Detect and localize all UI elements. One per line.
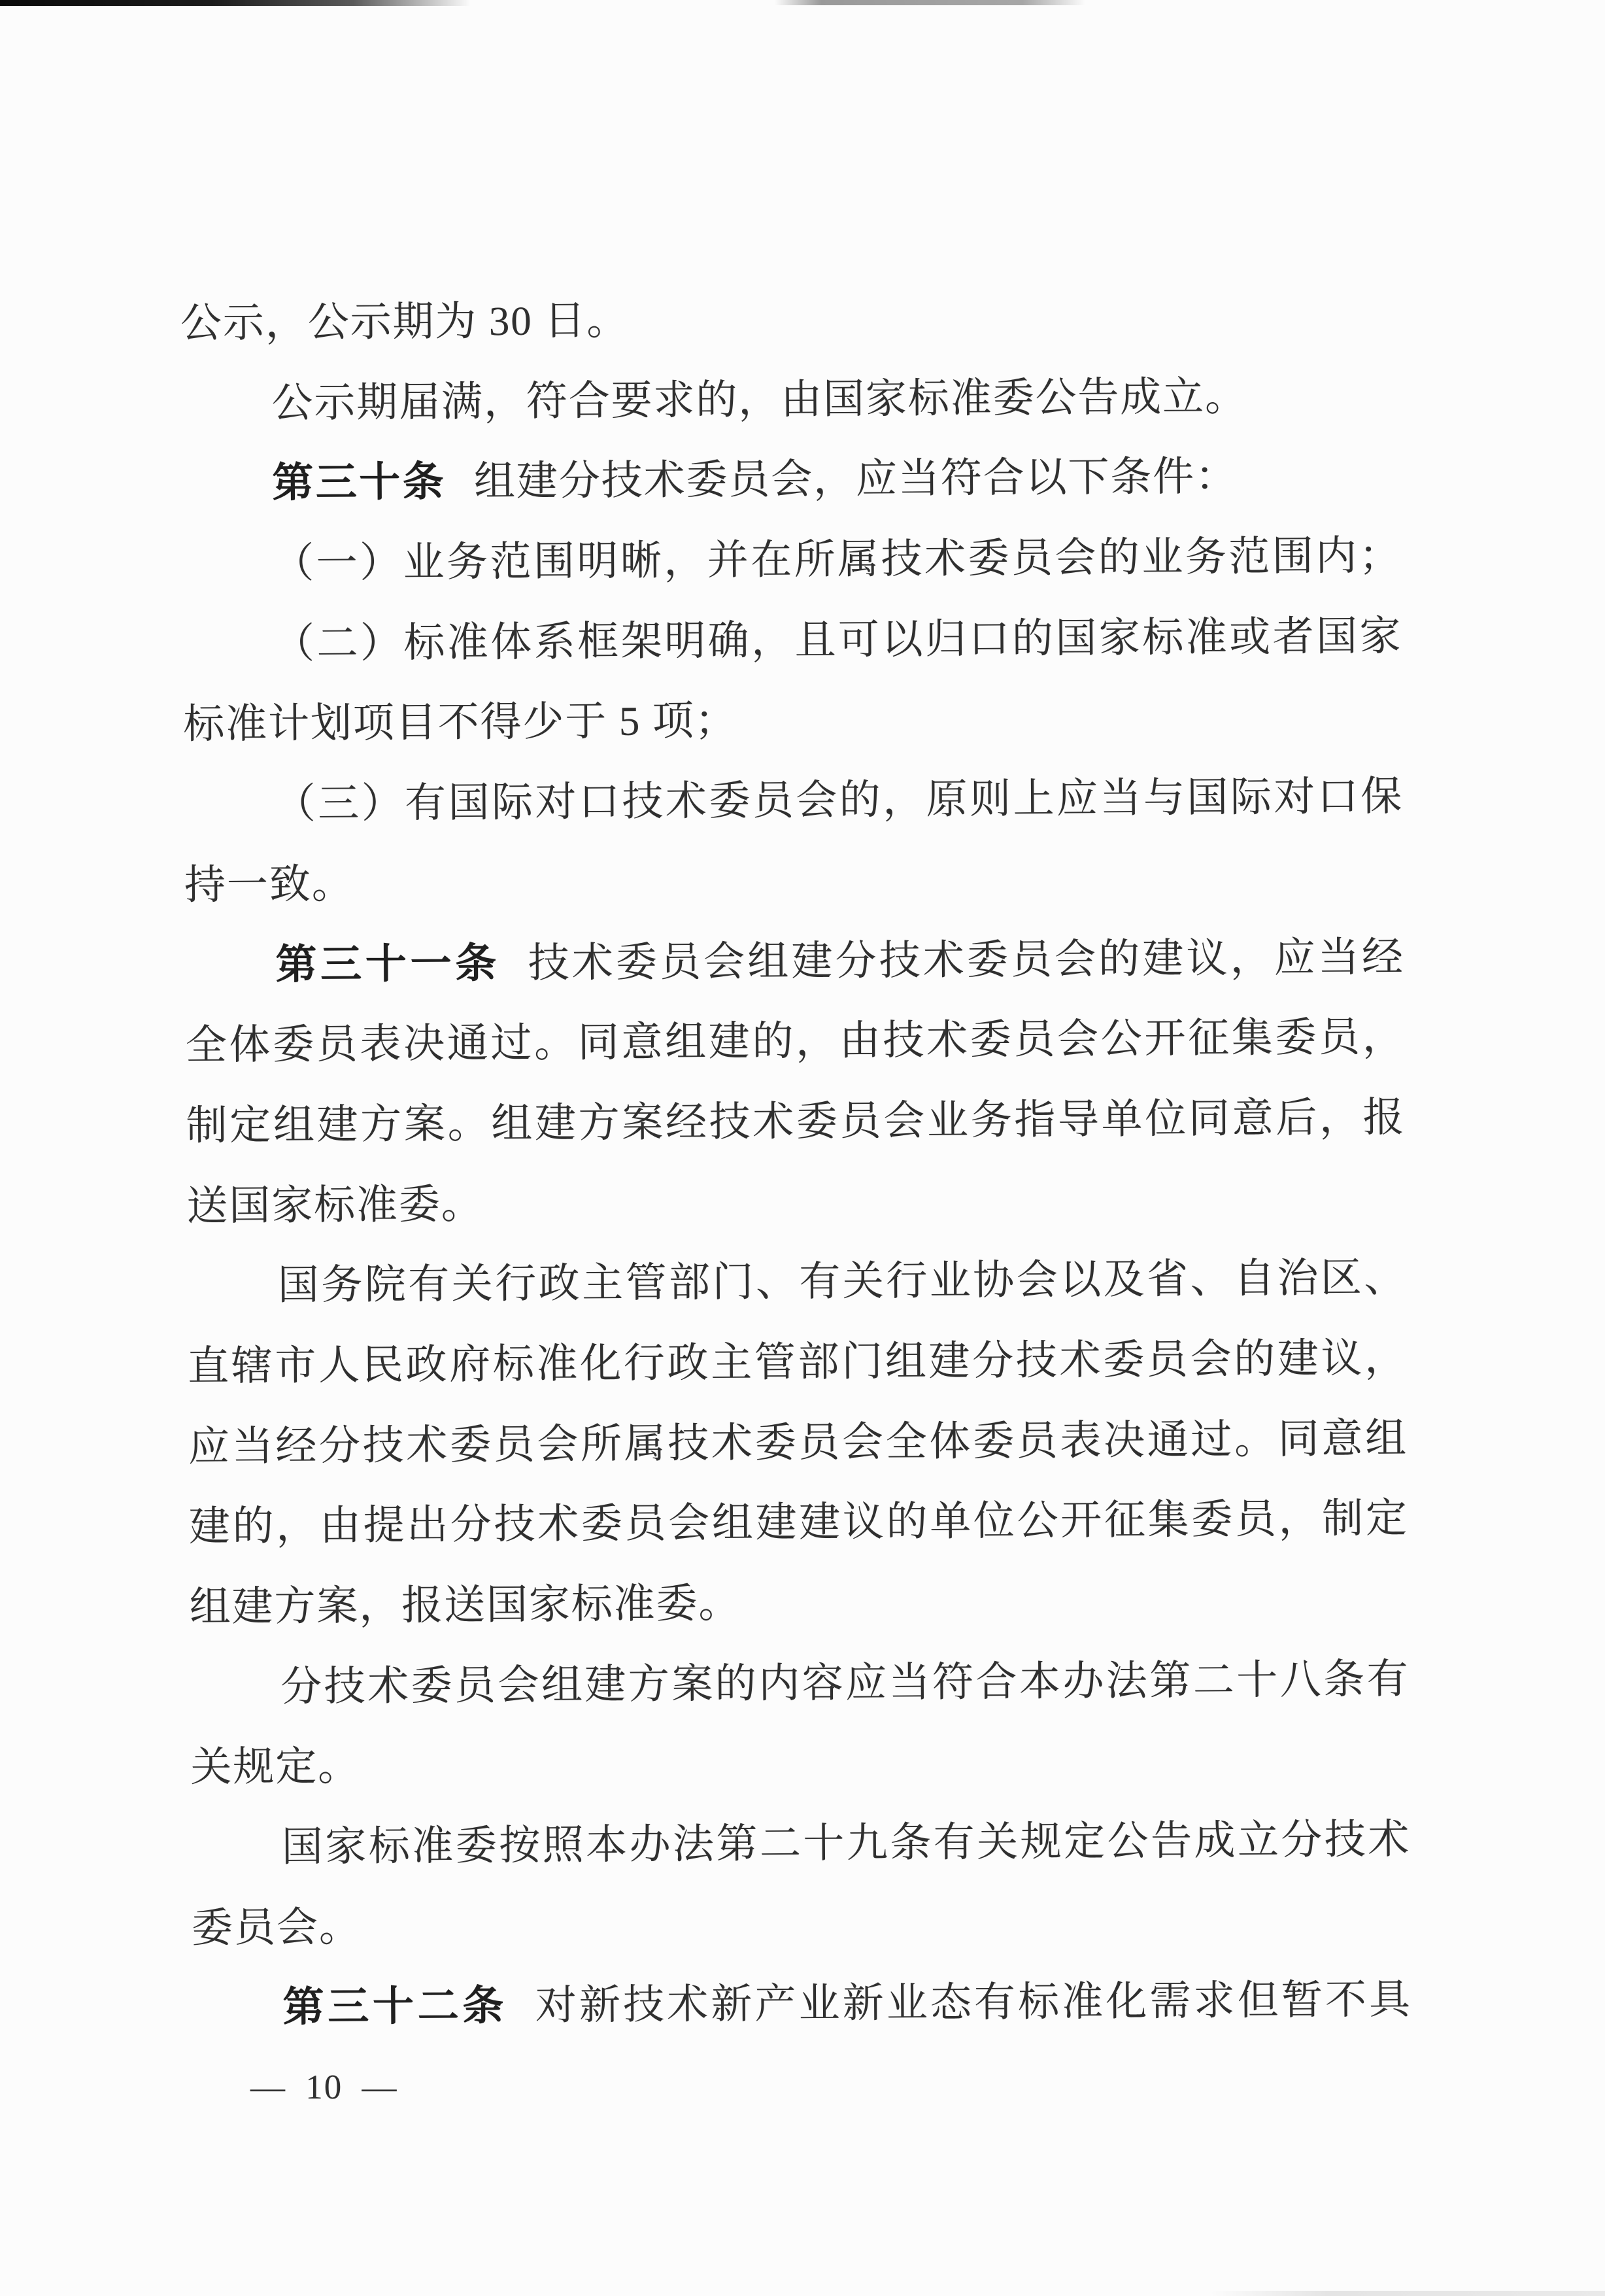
line-text: 关规定。 [190, 1743, 360, 1791]
text-line: （一）业务范围明晰，并在所属技术委员会的业务范围内； [182, 516, 1402, 605]
text-line: 制定组建方案。组建方案经技术委员会业务指导单位同意后，报 [186, 1077, 1406, 1166]
line-text: 建的，由提出分技术委员会组建建议的单位公开征集委员，制定 [189, 1496, 1408, 1550]
text-line: 送国家标准委。 [186, 1157, 1406, 1246]
text-line: 第三十一条技术委员会组建分技术委员会的建议，应当经 [184, 917, 1404, 1006]
line-text: 制定组建方案。组建方案经技术委员会业务指导单位同意后，报 [186, 1094, 1405, 1148]
text-line: 国家标准委按照本办法第二十九条有关规定公告成立分技术 [191, 1800, 1411, 1889]
text-line: （三）有国际对口技术委员会的，原则上应当与国际对口保 [184, 757, 1404, 846]
document-text-block: 公示，公示期为 30 日。 公示期届满，符合要求的，由国家标准委公告成立。 第三… [180, 275, 1412, 2049]
line-text: 持一致。 [184, 861, 354, 908]
text-line: 全体委员表决通过。同意组建的，由技术委员会公开征集委员， [185, 997, 1405, 1086]
text-line: 直辖市人民政府标准化行政主管部门组建分技术委员会的建议， [188, 1318, 1408, 1407]
line-text: 国务院有关行政主管部门、有关行业协会以及省、自治区、 [278, 1255, 1407, 1309]
article-number: 第三十一条 [275, 940, 500, 987]
line-text: 送国家标准委。 [186, 1181, 484, 1229]
text-line: 国务院有关行政主管部门、有关行业协会以及省、自治区、 [187, 1238, 1407, 1327]
line-text: 应当经分技术委员会所属技术委员会全体委员表决通过。同意组 [188, 1415, 1408, 1469]
line-text: 分技术委员会组建方案的内容应当符合本办法第二十八条有 [280, 1656, 1410, 1709]
text-line: 分技术委员会组建方案的内容应当符合本办法第二十八条有 [190, 1639, 1410, 1728]
line-text: 组建分技术委员会，应当符合以下条件： [474, 454, 1238, 505]
article-number: 第三十条 [272, 459, 446, 506]
line-text: 技术委员会组建分技术委员会的建议，应当经 [528, 934, 1405, 985]
line-text: （一）业务范围明晰，并在所属技术委员会的业务范围内； [273, 533, 1402, 587]
line-text: 公示，公示期为 30 日。 [180, 298, 630, 347]
text-line: （二）标准体系框架明确，且可以归口的国家标准或者国家 [182, 596, 1402, 685]
document-page: { "document": { "lines": [ {"text": "公示，… [0, 0, 1605, 2296]
text-line: 第三十条组建分技术委员会，应当符合以下条件： [181, 436, 1401, 524]
text-line: 持一致。 [184, 836, 1404, 925]
line-text: 全体委员表决通过。同意组建的，由技术委员会公开征集委员， [185, 1014, 1404, 1069]
text-line: 关规定。 [190, 1719, 1410, 1808]
line-text: 标准计划项目不得少于 5 项； [183, 698, 737, 747]
line-text: 组建方案，报送国家标准委。 [189, 1581, 741, 1630]
line-text: 委员会。 [192, 1904, 362, 1951]
line-text: 直辖市人民政府标准化行政主管部门组建分技术委员会的建议， [188, 1335, 1407, 1389]
page-number: — 10 — [250, 2068, 398, 2107]
text-line: 公示，公示期为 30 日。 [180, 275, 1400, 364]
line-text: （二）标准体系框架明确，且可以归口的国家标准或者国家 [273, 613, 1402, 666]
line-text: 对新技术新产业新业态有标准化需求但暂不具 [535, 1977, 1412, 2029]
scan-edge-artifact-bottom [1209, 2291, 1605, 2296]
scan-edge-artifact-top-middle [775, 0, 1085, 5]
line-text: 国家标准委按照本办法第二十九条有关规定公告成立分技术 [282, 1817, 1411, 1870]
text-line: 委员会。 [192, 1879, 1411, 1968]
text-line: 第三十二条对新技术新产业新业态有标准化需求但暂不具 [192, 1960, 1412, 2049]
text-line: 建的，由提出分技术委员会组建建议的单位公开征集委员，制定 [188, 1479, 1408, 1568]
scan-edge-artifact-top-left [0, 0, 471, 6]
line-text: （三）有国际对口技术委员会的，原则上应当与国际对口保 [275, 774, 1404, 827]
text-line: 公示期届满，符合要求的，由国家标准委公告成立。 [180, 355, 1400, 444]
article-number: 第三十二条 [282, 1983, 507, 2030]
text-line: 应当经分技术委员会所属技术委员会全体委员表决通过。同意组 [188, 1398, 1408, 1487]
text-line: 组建方案，报送国家标准委。 [189, 1558, 1409, 1647]
line-text: 公示期届满，符合要求的，由国家标准委公告成立。 [271, 373, 1247, 426]
text-line: 标准计划项目不得少于 5 项； [183, 676, 1403, 765]
